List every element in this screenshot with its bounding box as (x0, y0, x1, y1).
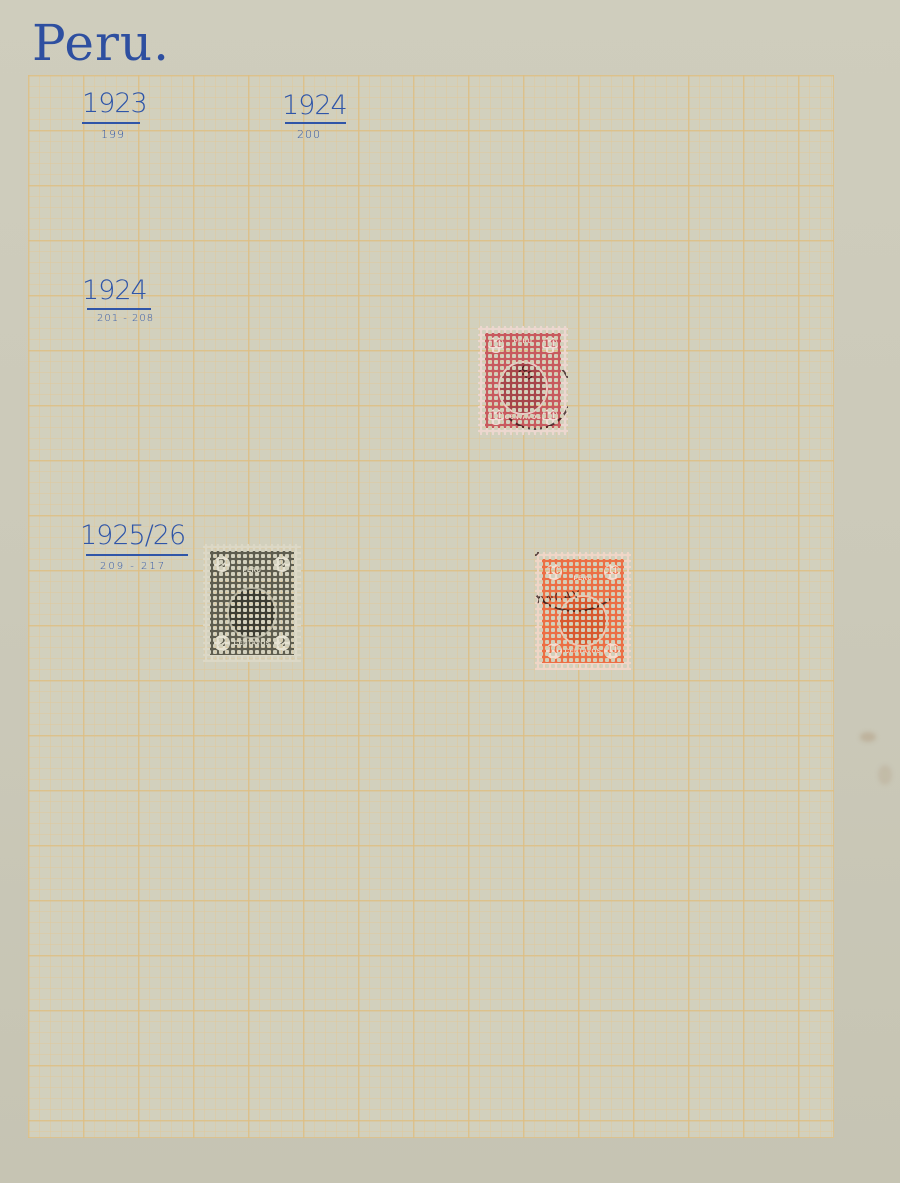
section-underline (82, 122, 140, 124)
section-year-1923: 1923 (82, 90, 147, 117)
section-underline (87, 308, 151, 310)
postmark-cancel (498, 356, 572, 430)
section-year-1924: 1924 (282, 92, 347, 119)
stamp-portrait (227, 587, 277, 639)
section-underline (285, 122, 346, 124)
section-underline (86, 554, 188, 556)
page-stain (860, 732, 876, 742)
section-catalog-range: 200 (297, 128, 321, 141)
stamp-olive-2-centavos: 2 2 PERU 2 2 CENTAVOS (203, 544, 301, 662)
section-year-1924-b: 1924 (82, 277, 147, 304)
section-year-1925-26: 1925/26 (80, 522, 185, 549)
section-catalog-range: 209 - 217 (100, 561, 166, 572)
graph-paper-grid (28, 75, 834, 1138)
section-catalog-range: 199 (101, 128, 125, 141)
country-title: Peru. (32, 14, 170, 72)
section-catalog-range: 201 - 208 (97, 313, 154, 324)
stamp-orange-10-centavos: 10 10 PERU 10 10 CENTAVOS ANCAY (535, 552, 631, 670)
stamp-red-10-centavos: 10 10 PERU 10 10 CENTAVOS BO (478, 326, 568, 435)
page-stain (878, 765, 892, 785)
